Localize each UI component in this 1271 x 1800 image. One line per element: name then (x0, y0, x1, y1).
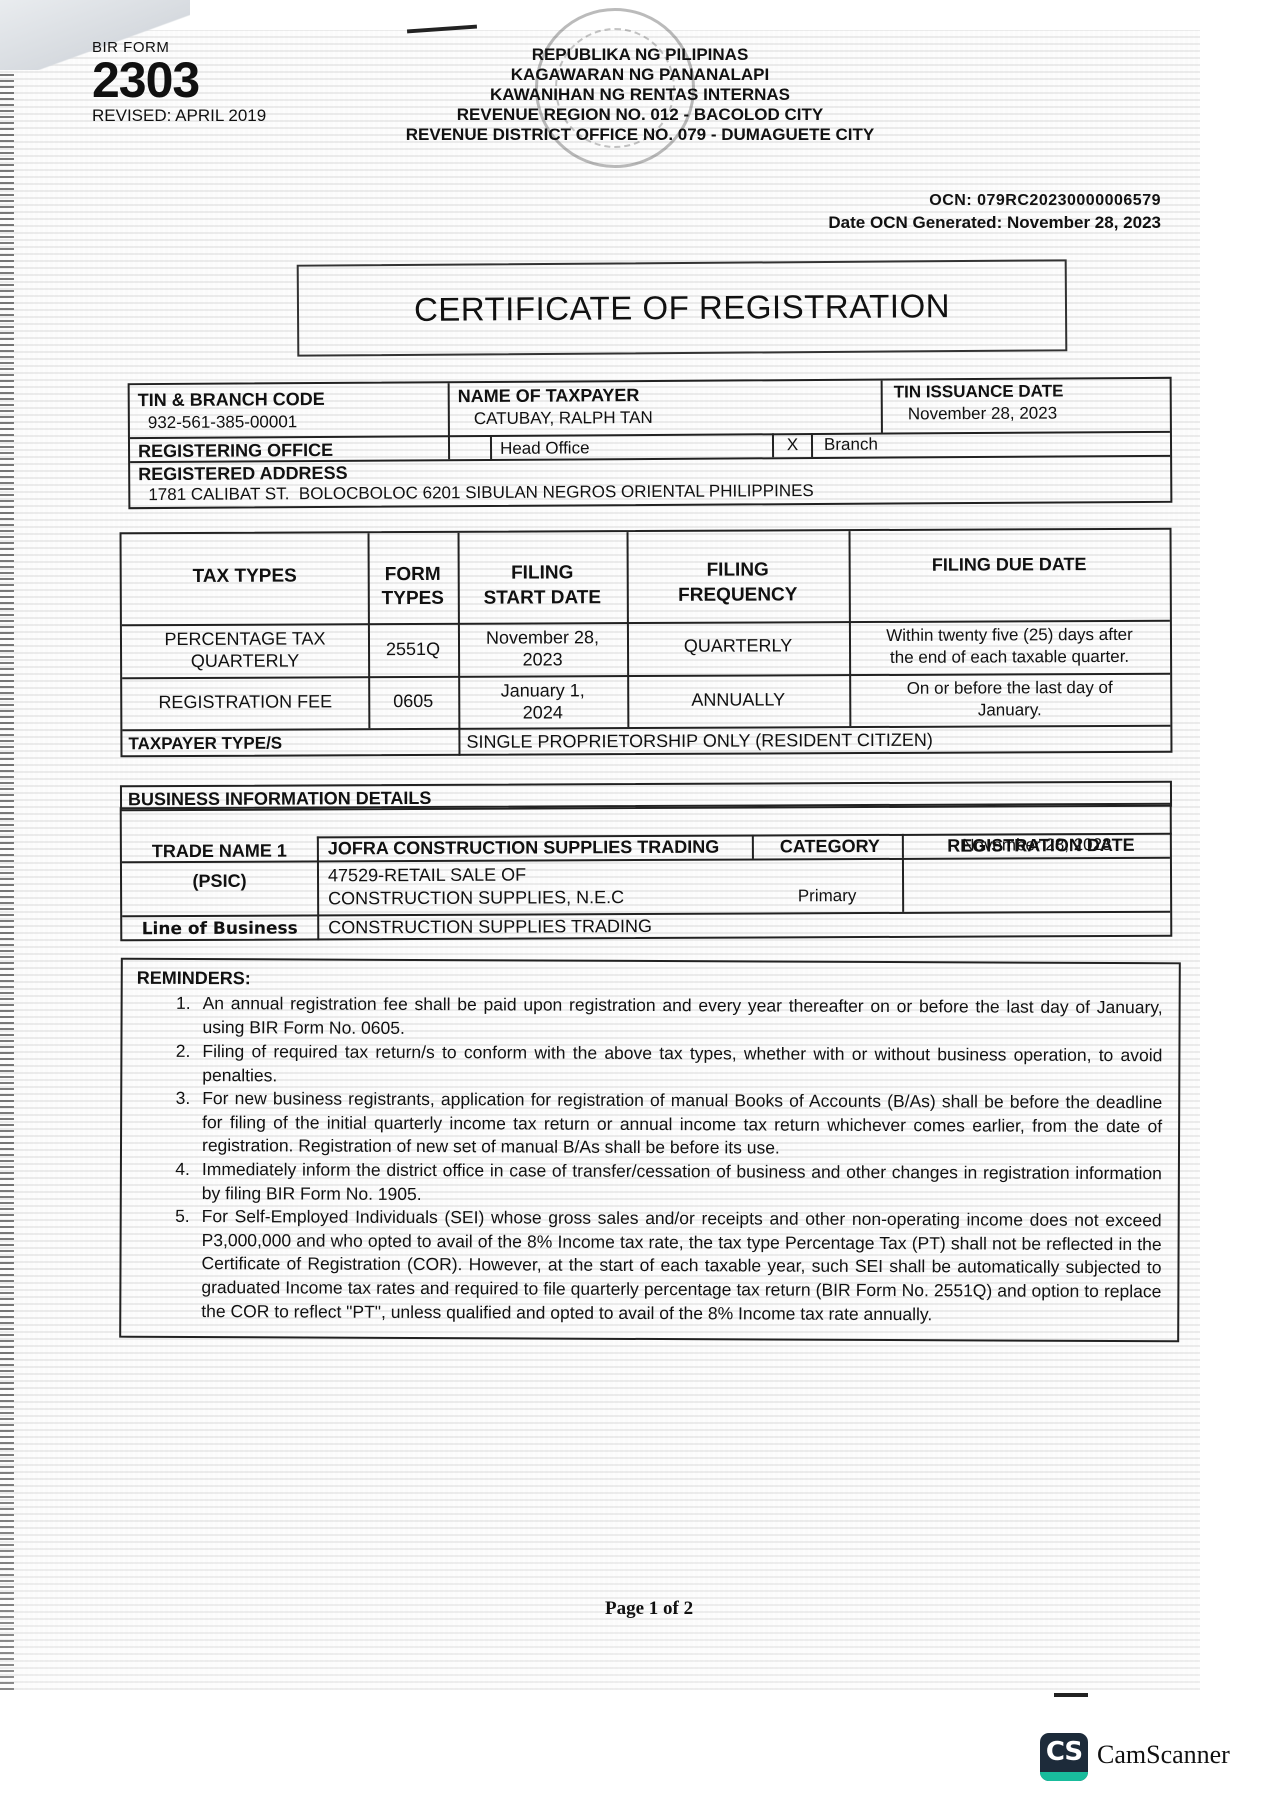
branch-label: Branch (824, 435, 878, 455)
psic-value: 47529-RETAIL SALE OF CONSTRUCTION SUPPLI… (328, 863, 624, 910)
camscanner-watermark: CamScanner (1097, 1740, 1230, 1770)
category-value: Primary (752, 886, 902, 907)
agency-header: REPUBLIKA NG PILIPINAS KAGAWARAN NG PANA… (360, 45, 920, 145)
reminder-number: 2. (156, 1040, 190, 1064)
certificate-title-box: CERTIFICATE OF REGISTRATION (297, 259, 1068, 356)
agency-line: KAWANIHAN NG RENTAS INTERNAS (360, 85, 920, 105)
registration-info-table: TIN & BRANCH CODE 932-561-385-00001 NAME… (128, 377, 1173, 509)
reminder-number: 5. (156, 1205, 190, 1229)
psic-label: (PSIC) (122, 870, 317, 892)
registered-address-label: REGISTERED ADDRESS (138, 463, 347, 485)
tax-type-line1: PERCENTAGE TAX (122, 627, 368, 650)
reminder-item: 1. An annual registration fee shall be p… (162, 992, 1162, 1044)
camscanner-logo-icon: CS (1040, 1733, 1088, 1781)
psic-value-line2: CONSTRUCTION SUPPLIES, N.E.C (328, 886, 624, 910)
due-date-line1: Within twenty five (25) days after (849, 624, 1170, 647)
header-form-types-line1: FORM (368, 563, 458, 587)
registered-address-value: 1781 CALIBAT ST. BOLOCBOLOC 6201 SIBULAN… (148, 481, 814, 505)
line-of-business-value: CONSTRUCTION SUPPLIES TRADING (328, 916, 652, 938)
header-filing-start-line1: FILING (458, 560, 627, 586)
branch-checkbox-mark: X (774, 435, 811, 455)
head-office-label: Head Office (500, 438, 590, 459)
reminder-text: For new business registrants, applicatio… (162, 1087, 1162, 1162)
taxpayer-type-value: SINGLE PROPRIETORSHIP ONLY (RESIDENT CIT… (466, 730, 933, 753)
trade-name-label: TRADE NAME 1 (122, 840, 317, 862)
due-date-line1: On or before the last day of (849, 677, 1170, 700)
agency-line: REVENUE DISTRICT OFFICE NO. 079 - DUMAGU… (360, 125, 920, 145)
reminder-item: 3. For new business registrants, applica… (162, 1087, 1162, 1162)
start-date-line1: November 28, (458, 626, 627, 649)
reminder-text: For Self-Employed Individuals (SEI) whos… (161, 1205, 1162, 1328)
header-filing-start-date: FILING START DATE (458, 560, 627, 611)
reminder-number: 3. (156, 1087, 190, 1111)
table-row-due-date: On or before the last day of January. (849, 677, 1170, 722)
table-row-form-type: 2551Q (368, 639, 458, 660)
line-of-business-label: Line of Business (122, 918, 317, 939)
start-date-line2: 2024 (458, 701, 627, 724)
form-revision: REVISED: APRIL 2019 (92, 107, 266, 124)
start-date-line2: 2023 (458, 648, 627, 671)
agency-line: REVENUE REGION NO. 012 - BACOLOD CITY (360, 105, 920, 125)
form-number: 2303 (92, 55, 266, 105)
reminder-item: 4. Immediately inform the district offic… (162, 1158, 1162, 1210)
table-row-tax-type: REGISTRATION FEE (122, 691, 368, 713)
certificate-title: CERTIFICATE OF REGISTRATION (414, 287, 950, 329)
agency-line: REPUBLIKA NG PILIPINAS (360, 45, 920, 65)
table-row-frequency: QUARTERLY (627, 635, 849, 657)
reminder-number: 1. (157, 992, 191, 1016)
camscanner-logo-text: CS (1040, 1737, 1088, 1767)
tax-type-line2: QUARTERLY (122, 649, 368, 672)
tax-types-table: TAX TYPES FORM TYPES FILING START DATE F… (120, 528, 1173, 758)
trade-name-value: JOFRA CONSTRUCTION SUPPLIES TRADING (328, 837, 719, 860)
camscanner-logo-band (1040, 1772, 1088, 1781)
header-filing-frequency-line2: FREQUENCY (627, 582, 849, 608)
header-filing-start-line2: START DATE (458, 585, 627, 611)
reminder-item: 5. For Self-Employed Individuals (SEI) w… (161, 1205, 1162, 1328)
table-row-start-date: January 1, 2024 (458, 679, 627, 724)
taxpayer-type-label: TAXPAYER TYPE/S (128, 734, 282, 755)
header-filing-frequency-line1: FILING (627, 557, 849, 583)
agency-line: KAGAWARAN NG PANANALAPI (360, 65, 920, 85)
ocn-number: OCN: 079RC20230000006579 (828, 190, 1161, 212)
tin-issuance-value: November 28, 2023 (908, 404, 1057, 425)
registration-date-value: November 28, 2023 (904, 835, 1170, 856)
header-filing-due-date: FILING DUE DATE (849, 554, 1170, 576)
header-filing-frequency: FILING FREQUENCY (627, 557, 849, 608)
reminder-text: Filing of required tax return/s to confo… (162, 1040, 1162, 1092)
table-row-frequency: ANNUALLY (627, 689, 849, 711)
reminder-number: 4. (156, 1158, 190, 1182)
form-identifier: BIR FORM 2303 REVISED: APRIL 2019 (92, 40, 266, 124)
psic-value-line1: 47529-RETAIL SALE OF (328, 863, 624, 887)
taxpayer-name-label: NAME OF TAXPAYER (458, 385, 640, 407)
category-label: CATEGORY (758, 836, 902, 858)
start-date-line1: January 1, (458, 679, 627, 702)
page-number: Page 1 of 2 (605, 1598, 693, 1620)
table-row-tax-type: PERCENTAGE TAX QUARTERLY (122, 627, 368, 672)
reminders-section: REMINDERS: 1. An annual registration fee… (119, 958, 1181, 1343)
ocn-block: OCN: 079RC20230000006579 Date OCN Genera… (828, 190, 1161, 234)
reminder-text: Immediately inform the district office i… (162, 1158, 1162, 1210)
due-date-line2: the end of each taxable quarter. (849, 646, 1170, 669)
tin-issuance-label: TIN ISSUANCE DATE (894, 381, 1064, 402)
business-info-table: CATEGORY REGISTRATION DATE TRADE NAME 1 … (120, 803, 1173, 942)
reminders-title: REMINDERS: (137, 968, 251, 989)
header-tax-types: TAX TYPES (122, 565, 368, 588)
taxpayer-name-value: CATUBAY, RALPH TAN (474, 408, 653, 429)
reminder-text: An annual registration fee shall be paid… (162, 992, 1162, 1044)
reminder-item: 2. Filing of required tax return/s to co… (162, 1040, 1162, 1092)
header-form-types: FORM TYPES (368, 563, 458, 611)
table-row-start-date: November 28, 2023 (458, 626, 627, 671)
due-date-line2: January. (849, 699, 1170, 722)
header-form-types-line2: TYPES (368, 587, 458, 611)
tin-value: 932-561-385-00001 (148, 412, 297, 433)
registering-office-label: REGISTERING OFFICE (138, 440, 333, 462)
ocn-date: Date OCN Generated: November 28, 2023 (828, 212, 1161, 234)
paper-fade (0, 1380, 1271, 1700)
table-row-due-date: Within twenty five (25) days after the e… (849, 624, 1170, 669)
table-row-form-type: 0605 (368, 691, 458, 712)
tin-label: TIN & BRANCH CODE (138, 389, 325, 411)
scan-mark (1054, 1693, 1088, 1697)
